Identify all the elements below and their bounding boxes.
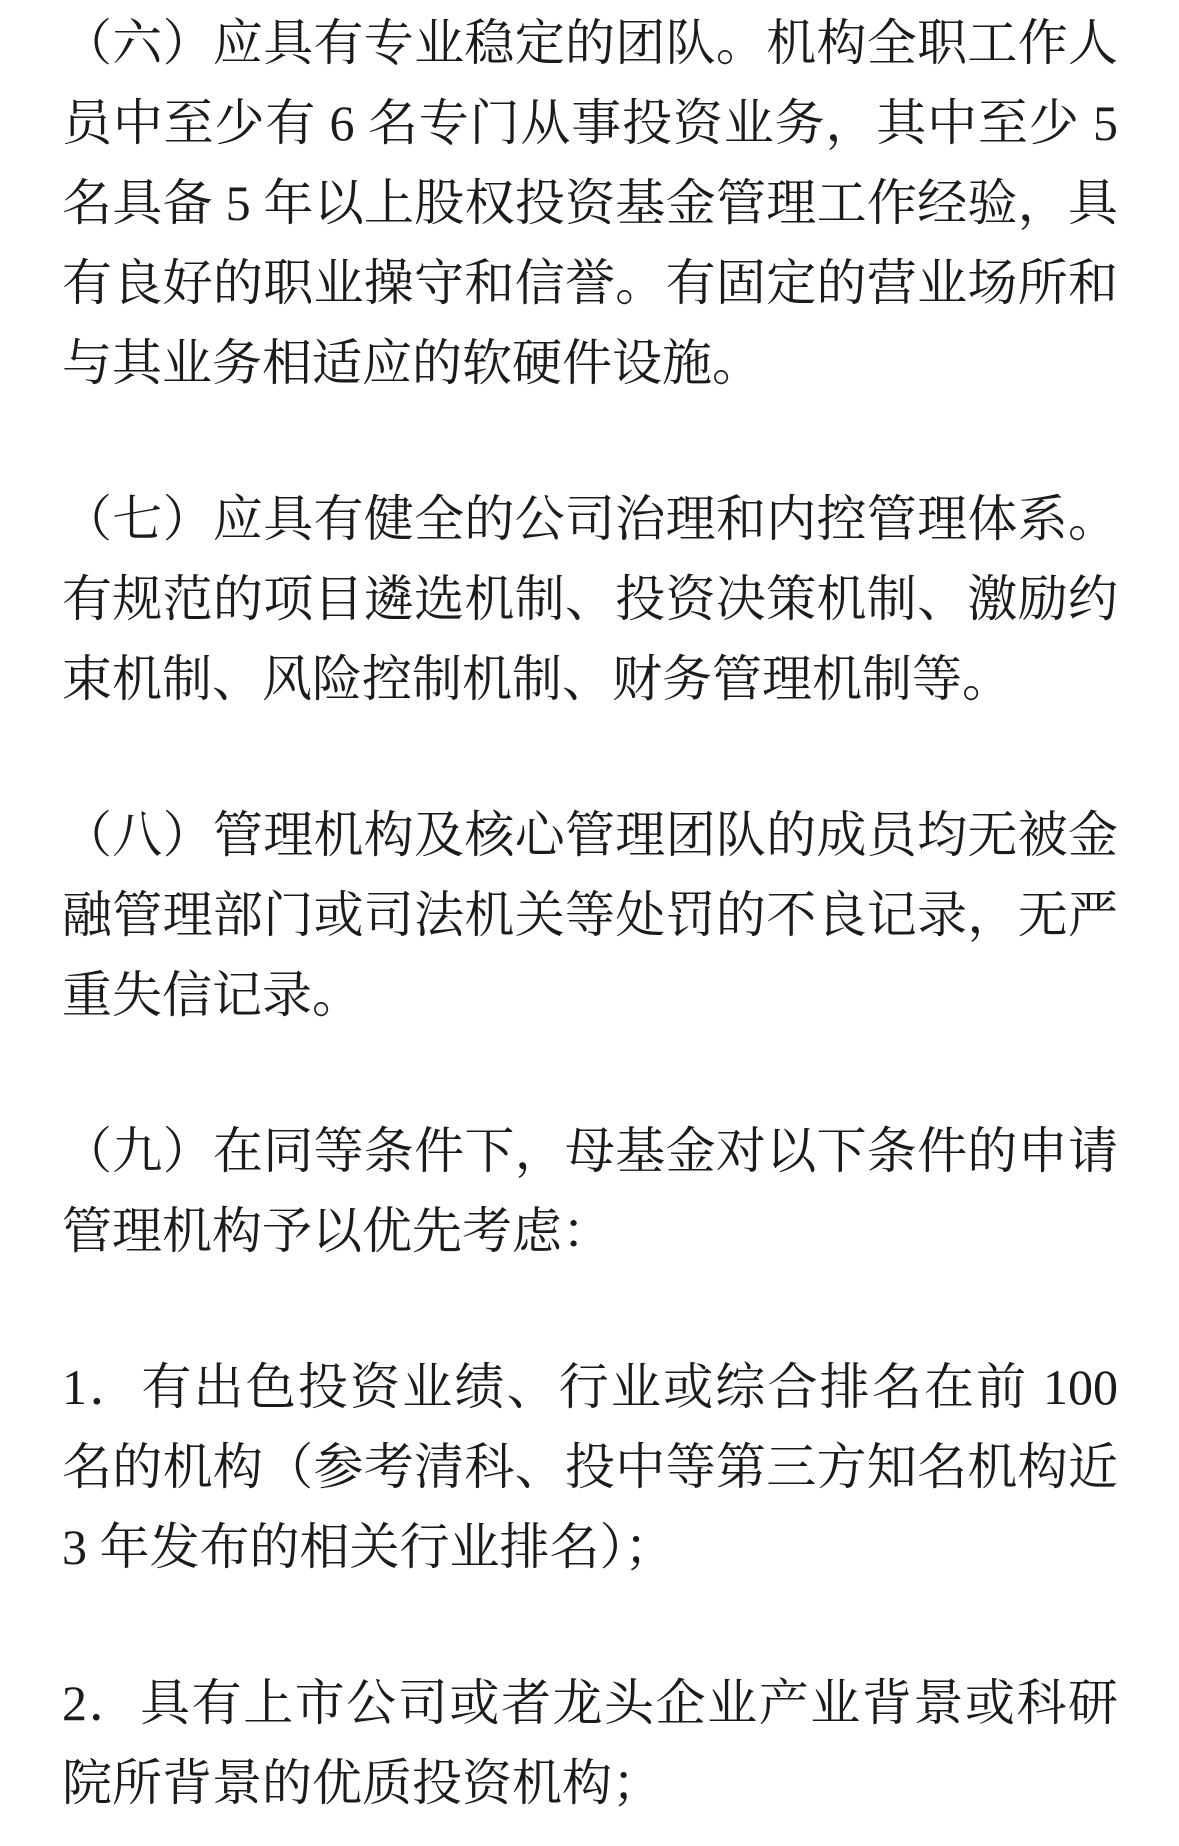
document-page: （六）应具有专业稳定的团队。机构全职工作人员中至少有 6 名专门从事投资业务，其… xyxy=(0,0,1179,1846)
priority-list-item-1: 1．有出色投资业绩、行业或综合排名在前 100 名的机构（参考清科、投中等第三方… xyxy=(62,1347,1118,1587)
document-content: （六）应具有专业稳定的团队。机构全职工作人员中至少有 6 名专门从事投资业务，其… xyxy=(0,0,1179,1823)
clause-paragraph-9: （九）在同等条件下，母基金对以下条件的申请管理机构予以优先考虑： xyxy=(62,1111,1118,1271)
clause-paragraph-7: （七）应具有健全的公司治理和内控管理体系。有规范的项目遴选机制、投资决策机制、激… xyxy=(62,479,1118,719)
clause-paragraph-6: （六）应具有专业稳定的团队。机构全职工作人员中至少有 6 名专门从事投资业务，其… xyxy=(62,3,1118,403)
priority-list-item-2: 2．具有上市公司或者龙头企业产业背景或科研院所背景的优质投资机构； xyxy=(62,1663,1118,1823)
clause-paragraph-8: （八）管理机构及核心管理团队的成员均无被金融管理部门或司法机关等处罚的不良记录，… xyxy=(62,795,1118,1035)
